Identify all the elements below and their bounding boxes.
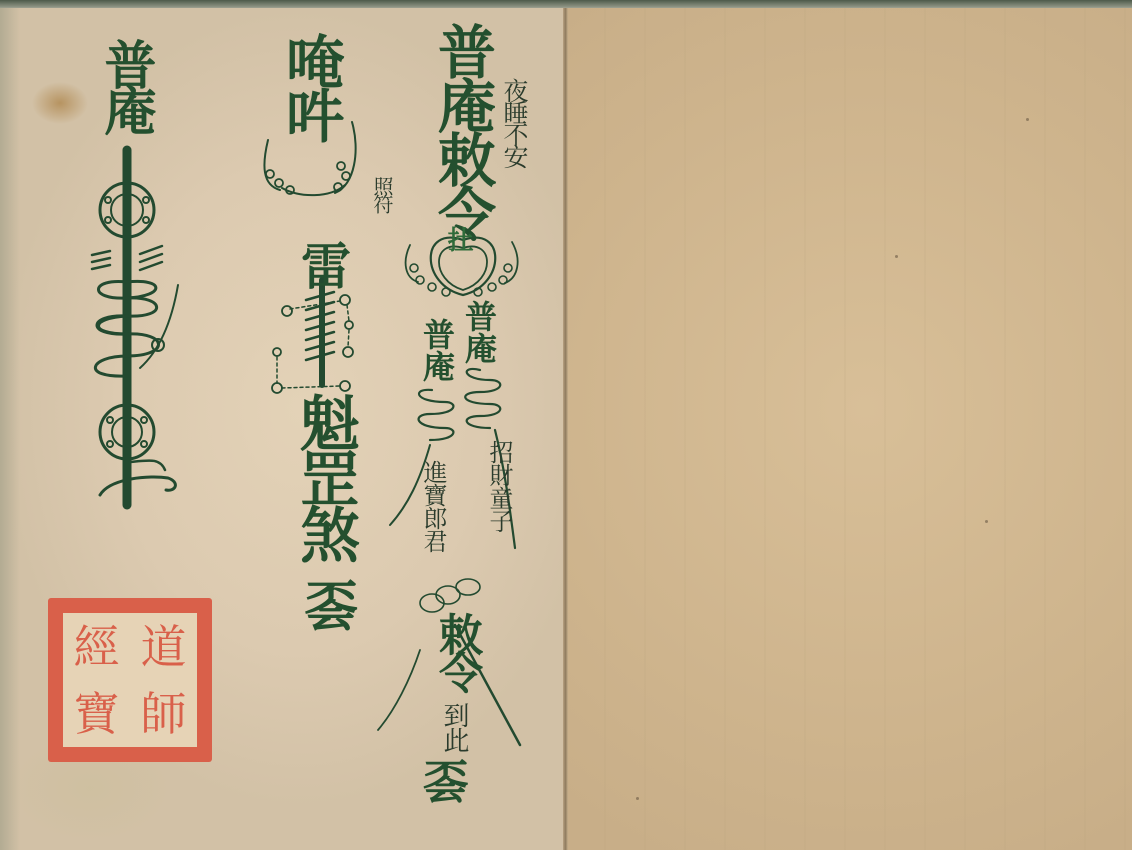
middle-column-core-glyph: 𩲡令 (278, 140, 342, 236)
right-column-label-zhaocai: 招財童子 (482, 440, 517, 532)
middle-column-lower-text: 魁罡煞 (282, 392, 368, 560)
right-column-lower-text: 到此 (436, 702, 473, 752)
right-column-label-jinbao: 進寶郎君 (416, 460, 451, 552)
red-seal-stamp: 經 道 寶 師 (48, 598, 212, 762)
seal-char-bao: 寶 (74, 691, 120, 737)
middle-column-end-mark: 𠀾 (290, 578, 367, 632)
middle-column-heading: 唵吽 (268, 32, 352, 140)
seal-char-shi: 師 (141, 691, 187, 737)
seal-inner-frame: 經 道 寶 師 (60, 610, 200, 750)
right-column-inner-right: 普庵 (456, 300, 502, 364)
right-column-side-note: 夜睡不安 (496, 78, 532, 166)
right-column-heading: 普庵敕令 (420, 22, 504, 238)
right-column-core-glyph: 𩲡 (446, 248, 488, 284)
middle-column-rain-glyph: 雷 (286, 240, 358, 290)
right-column-lower-glyph: 敕令 (424, 612, 488, 688)
right-column-end-mark: 𠀾 (410, 758, 476, 804)
seal-char-dao: 道 (141, 624, 187, 670)
right-column-inner-left: 普庵 (414, 318, 460, 382)
seal-char-jing: 經 (74, 624, 120, 670)
left-column-heading: 普庵 (88, 38, 163, 130)
middle-column-side-note: 照符 (368, 176, 397, 212)
